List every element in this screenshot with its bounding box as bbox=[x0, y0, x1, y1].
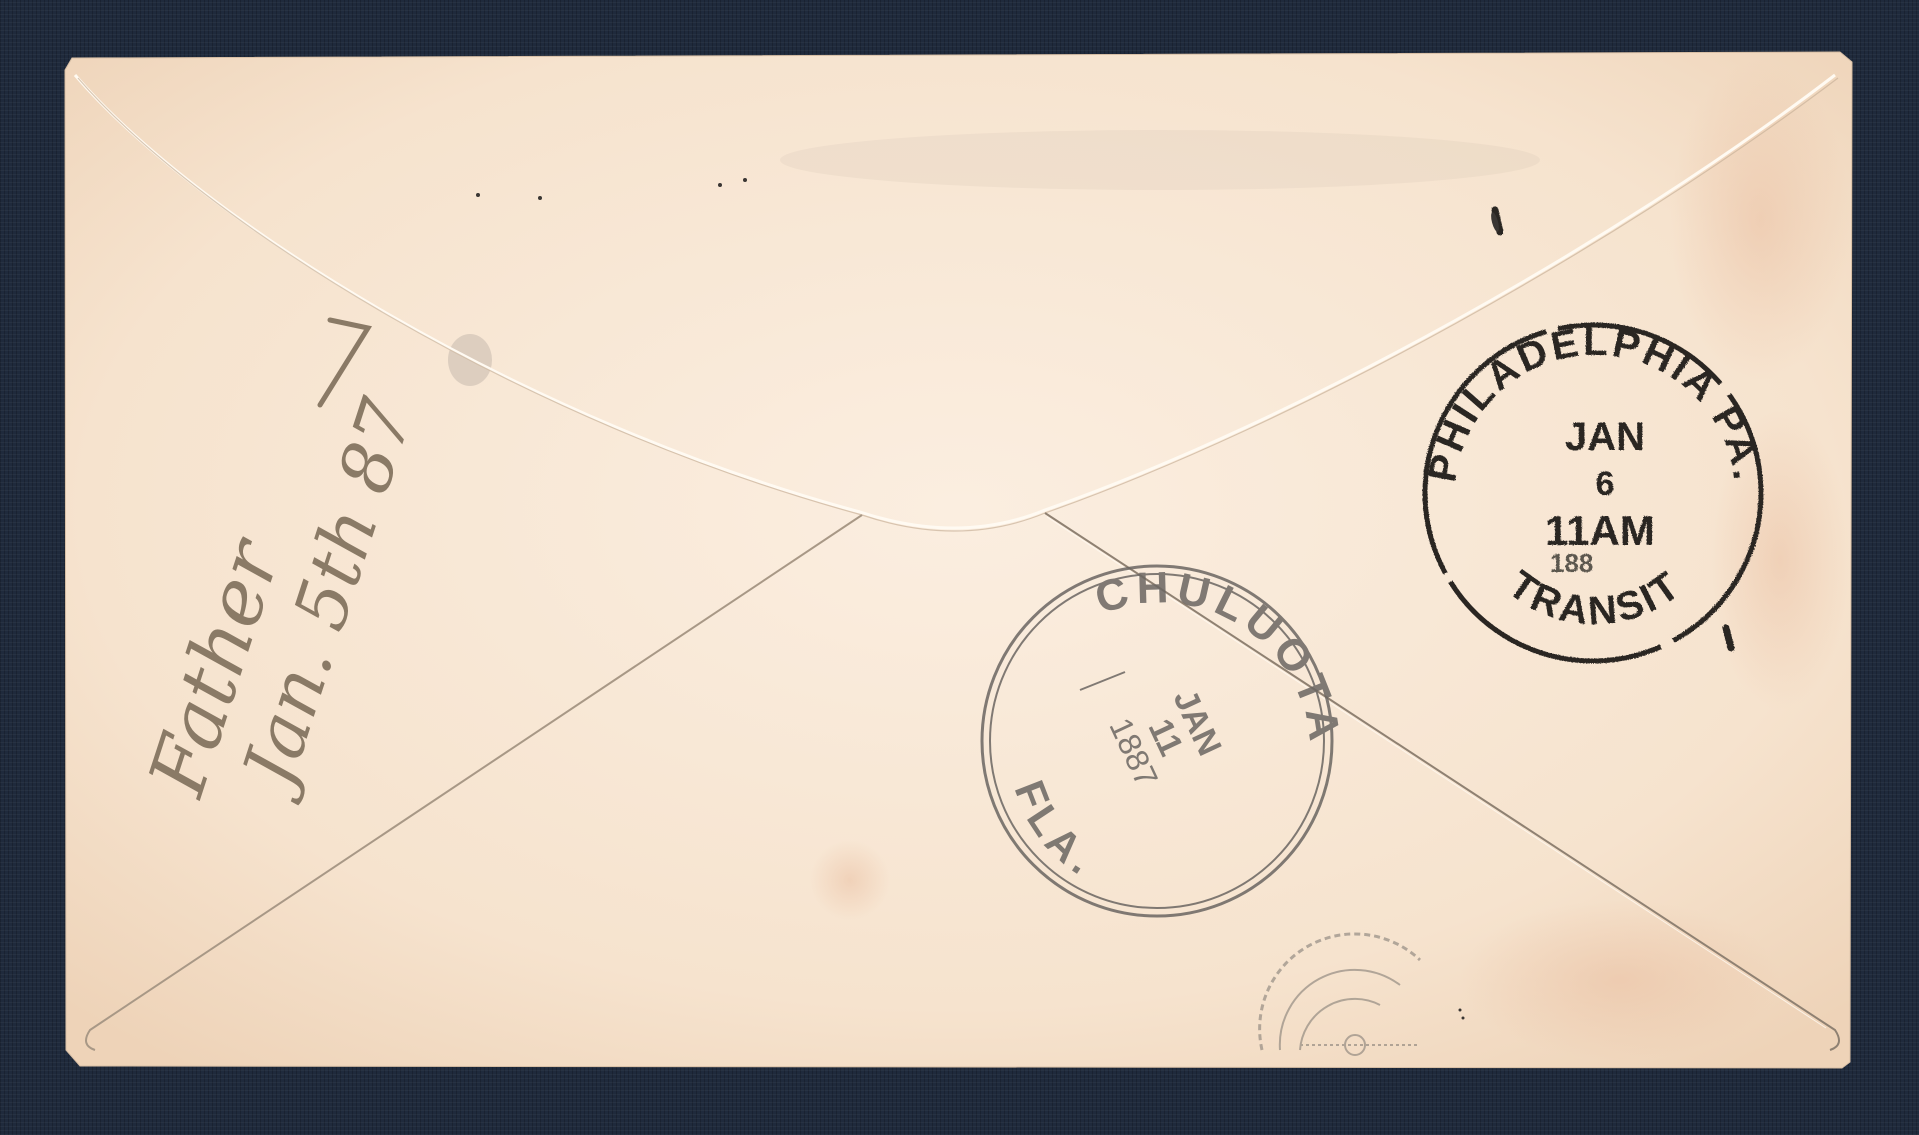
postmark-month: JAN bbox=[1565, 415, 1645, 459]
postmark-year: 188 bbox=[1550, 548, 1593, 578]
cover-scene: Father Jan. 5th 87 PHILADELPHIA PA. TRAN… bbox=[0, 0, 1919, 1135]
postmark-time: 11AM bbox=[1545, 507, 1655, 554]
postmark-day: 6 bbox=[1596, 465, 1615, 503]
